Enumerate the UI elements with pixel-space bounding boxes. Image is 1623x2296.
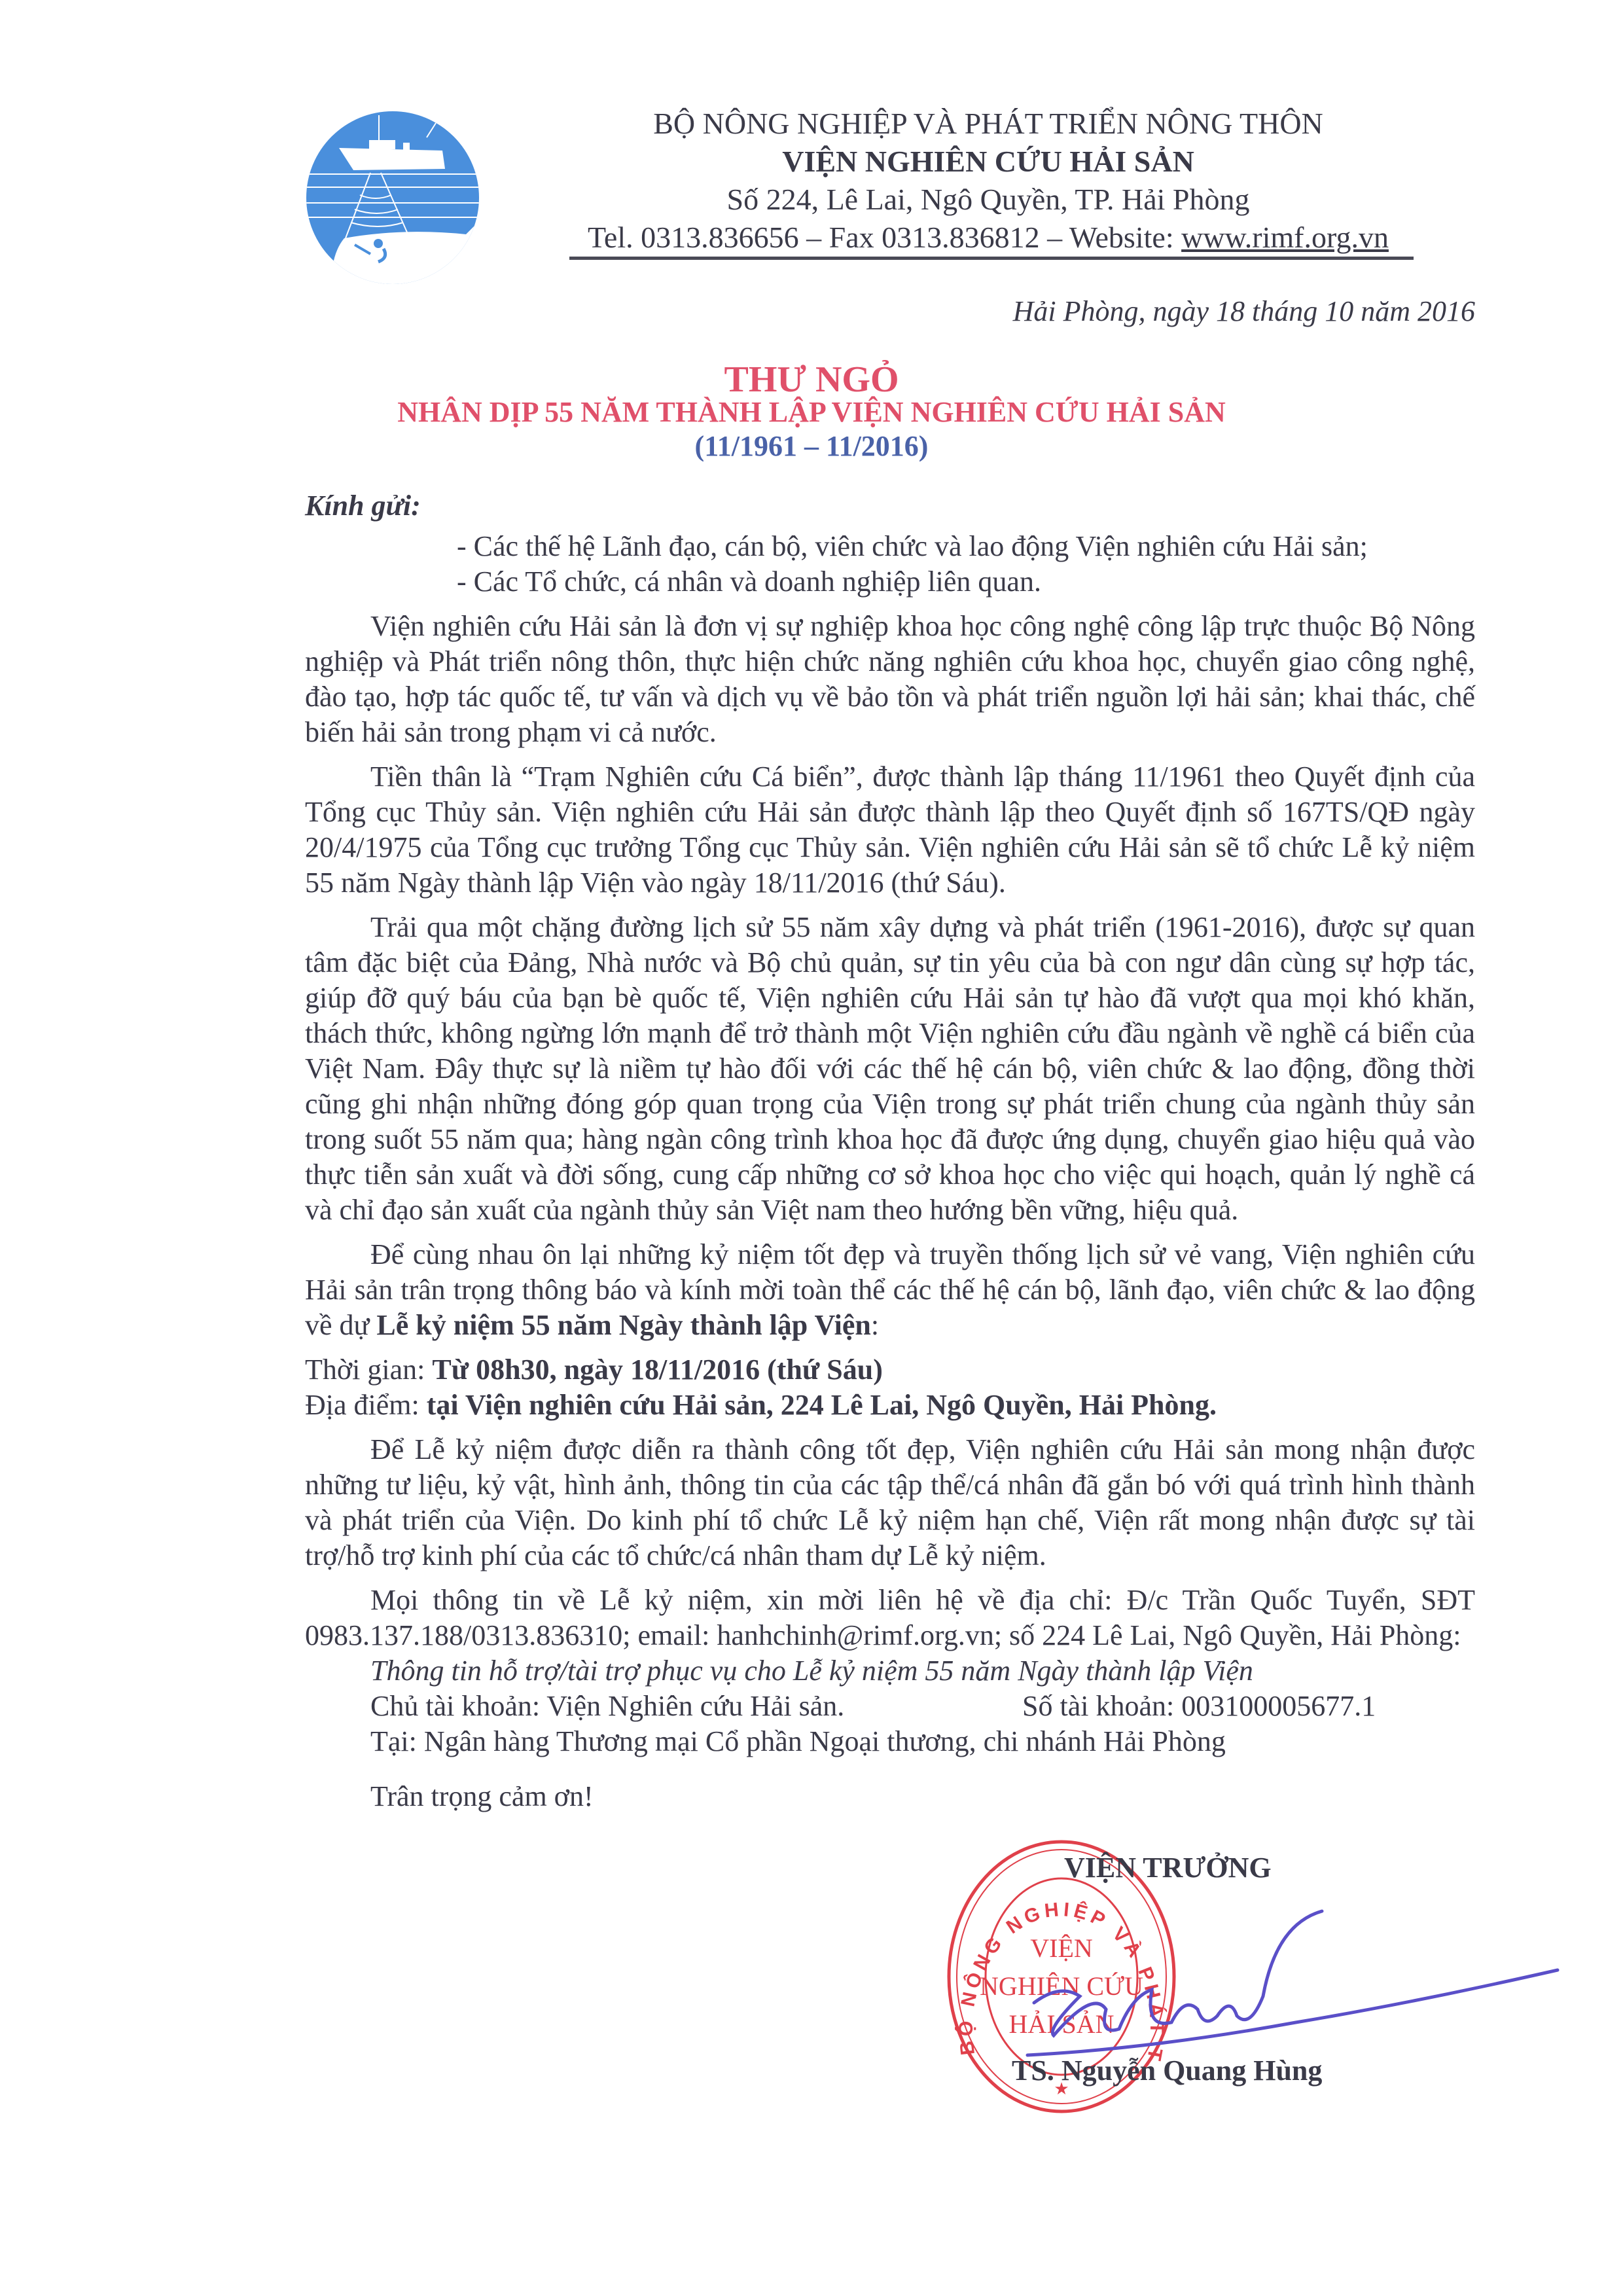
ministry-name: BỘ NÔNG NGHIỆP VÀ PHÁT TRIỂN NÔNG THÔN (563, 105, 1414, 143)
recipient-item: - Các thế hệ Lãnh đạo, cán bộ, viên chức… (457, 529, 1475, 564)
closing: Trân trọng cảm ơn! (305, 1779, 1475, 1814)
paragraph-invitation: Để cùng nhau ôn lại những kỷ niệm tốt đẹ… (305, 1237, 1475, 1343)
account-number: Số tài khoản: 003100005677.1 (1022, 1689, 1376, 1724)
support-heading: Thông tin hỗ trợ/tài trợ phục vụ cho Lễ … (305, 1653, 1475, 1689)
header-divider (569, 257, 1414, 260)
signatory-title: VIỆN TRƯỞNG (1064, 1851, 1272, 1884)
paragraph-intro: Viện nghiên cứu Hải sản là đơn vị sự ngh… (305, 609, 1475, 750)
letter-subtitle: NHÂN DỊP 55 NĂM THÀNH LẬP VIỆN NGHIÊN CỨ… (0, 395, 1623, 429)
account-row: Chủ tài khoản: Viện Nghiên cứu Hải sản. … (305, 1689, 1475, 1724)
paragraph-achievements: Trải qua một chặng đường lịch sử 55 năm … (305, 910, 1475, 1228)
dateline: Hải Phòng, ngày 18 tháng 10 năm 2016 (1013, 295, 1475, 328)
paragraph-history: Tiền thân là “Trạm Nghiên cứu Cá biển”, … (305, 759, 1475, 901)
institute-name: VIỆN NGHIÊN CỨU HẢI SẢN (563, 143, 1414, 181)
signatory-name: TS. Nguyễn Quang Hùng (1012, 2054, 1322, 2087)
letterhead: BỘ NÔNG NGHIỆP VÀ PHÁT TRIỂN NÔNG THÔN V… (563, 105, 1414, 257)
event-details: Thời gian: Từ 08h30, ngày 18/11/2016 (th… (305, 1352, 1475, 1423)
contact-email[interactable]: hanhchinh@rimf.org.vn (717, 1619, 993, 1651)
paragraph-request: Để Lễ kỷ niệm được diễn ra thành công tố… (305, 1432, 1475, 1573)
recipient-list: - Các thế hệ Lãnh đạo, cán bộ, viên chức… (457, 529, 1475, 600)
institute-address: Số 224, Lê Lai, Ngô Quyền, TP. Hải Phòng (563, 181, 1414, 219)
account-holder: Chủ tài khoản: Viện Nghiên cứu Hải sản. (370, 1689, 1022, 1724)
handwritten-signature-icon (1021, 1898, 1571, 2068)
letter-title: THƯ NGỎ (0, 359, 1623, 401)
invitation-suffix: : (871, 1309, 879, 1341)
event-time: Thời gian: Từ 08h30, ngày 18/11/2016 (th… (305, 1352, 1475, 1388)
phone-fax: Tel. 0313.836656 – Fax 0313.836812 – Web… (588, 221, 1181, 254)
event-place-label: Địa điểm: (305, 1389, 427, 1421)
salutation: Kính gửi: (305, 488, 1475, 524)
event-name: Lễ kỷ niệm 55 năm Ngày thành lập Viện (376, 1309, 870, 1341)
letter-page: BỘ NÔNG NGHIỆP VÀ PHÁT TRIỂN NÔNG THÔN V… (0, 0, 1623, 2296)
event-place: Địa điểm: tại Viện nghiên cứu Hải sản, 2… (305, 1388, 1475, 1423)
recipient-item: - Các Tổ chức, cá nhân và doanh nghiệp l… (457, 564, 1475, 600)
event-time-value: Từ 08h30, ngày 18/11/2016 (thứ Sáu) (432, 1354, 883, 1386)
event-place-value: tại Viện nghiên cứu Hải sản, 224 Lê Lai,… (427, 1389, 1217, 1421)
website-link[interactable]: www.rimf.org.vn (1181, 221, 1389, 254)
letter-body: Kính gửi: - Các thế hệ Lãnh đạo, cán bộ,… (305, 488, 1475, 1814)
institute-logo-ship-fish-icon (305, 110, 480, 285)
bank-name: Tại: Ngân hàng Thương mại Cổ phần Ngoại … (305, 1724, 1475, 1759)
contact-line: Tel. 0313.836656 – Fax 0313.836812 – Web… (563, 219, 1414, 257)
paragraph-contact: Mọi thông tin về Lễ kỷ niệm, xin mời liê… (305, 1583, 1475, 1653)
event-time-label-text: Thời gian: (305, 1354, 432, 1386)
contact-address: ; số 224 Lê Lai, Ngô Quyền, Hải Phòng: (994, 1619, 1461, 1651)
anniversary-period: (11/1961 – 11/2016) (0, 429, 1623, 463)
